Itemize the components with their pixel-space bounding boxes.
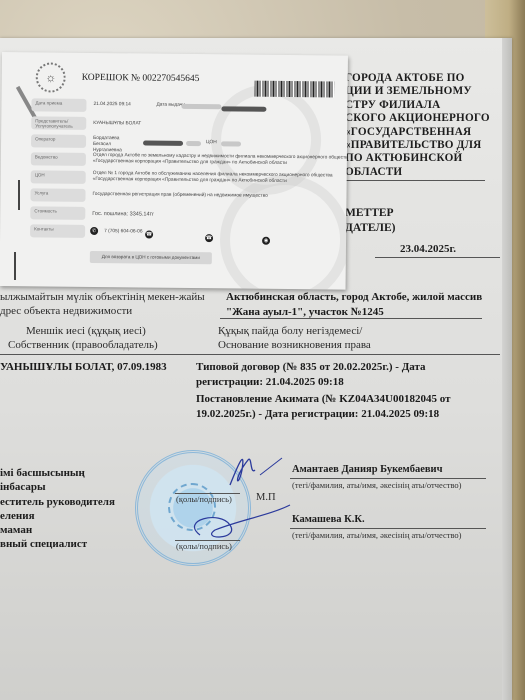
doc-title-line: МЕТТЕР <box>345 206 395 221</box>
row-extra-key: ЦОН <box>206 140 217 146</box>
owner-value: УАНЫШҰЛЫ БОЛАТ, 07.09.1983 <box>0 360 167 375</box>
org-line: ОБЛАСТИ <box>345 166 505 179</box>
row-value: Государственная регистрация прав (обреме… <box>92 192 267 200</box>
signer-2-underline <box>290 528 486 529</box>
row-key: Услуга <box>30 188 85 202</box>
watermark-ring <box>219 174 348 289</box>
instagram-icon[interactable]: ◉ <box>262 237 270 245</box>
document-date: 23.04.2025г. <box>400 243 456 255</box>
receipt-slip: ☼ КОРЕШОК № 002270545645 Дата приема 21.… <box>0 52 348 290</box>
bar-decor <box>186 141 201 146</box>
staple-mark <box>14 252 16 280</box>
basis-label-kz: Құқық пайда болу негіздемесі/ <box>218 324 362 338</box>
signature-caption-1: (қолы/подпись) <box>176 494 232 504</box>
doc-title-line: ДАТЕЛЕ) <box>345 221 395 236</box>
position-line: маман <box>0 523 115 537</box>
govcorp-logo-icon: ☼ <box>36 62 66 92</box>
bar-decor <box>181 104 221 109</box>
seal-label: М.П <box>256 491 276 505</box>
row-key: Контакты <box>30 224 85 238</box>
header-divider <box>345 180 485 181</box>
position-line: вный специалист <box>0 537 115 551</box>
address-underline <box>220 318 482 319</box>
table-divider <box>0 354 500 355</box>
basis-entry-1: Типовой договор (№ 835 от 20.02.2025г.) … <box>196 360 461 390</box>
basis-label-ru: Основание возникновения права <box>218 338 371 352</box>
row-value: Отдел города Актобе по земельному кадаст… <box>93 153 348 168</box>
organization-title: ГОРОДА АКТОБЕ ПО ЦИИ И ЗЕМЕЛЬНОМУ СТРУ Ф… <box>345 72 505 179</box>
document-title: МЕТТЕР ДАТЕЛЕ) <box>345 206 395 236</box>
staple-mark <box>18 180 20 210</box>
contact-phone[interactable]: 7 (705) 604-06-06 <box>104 229 142 235</box>
org-line: СКОГО АКЦИОНЕРНОГО <box>345 112 505 125</box>
signer-1-name: Амантаев Данияр Букембаевич <box>292 464 443 475</box>
position-line: імі басшысының <box>0 466 115 480</box>
phone-icon[interactable]: ✆ <box>90 227 98 235</box>
address-label-kz: ылжымайтын мүлік объектінің мекен-жайы <box>0 290 205 304</box>
row-key: ЦОН <box>31 170 86 184</box>
org-line: ПО АКТЮБИНСКОЙ <box>345 152 505 165</box>
signer-2-name: Камашева К.К. <box>292 514 365 525</box>
return-to-con-button[interactable]: Для возврата в ЦОН с готовыми документам… <box>90 251 212 264</box>
signer-positions: імі басшысының інбасары еститель руковод… <box>0 466 115 552</box>
bar-decor <box>221 141 241 146</box>
org-line: ЦИИ И ЗЕМЕЛЬНОМУ <box>345 85 505 98</box>
org-line: ГОРОДА АКТОБЕ ПО <box>345 72 505 85</box>
signer-2-caption: (тегі/фамилия, аты/имя, әкесінің аты/отч… <box>292 530 461 540</box>
org-line: «ГОСУДАРСТВЕННАЯ <box>345 126 505 139</box>
address-value: Актюбинская область, город Актобе, жилой… <box>226 290 486 320</box>
operator-id-redacted <box>143 140 183 145</box>
signer-1-underline <box>290 478 486 479</box>
row-value: Бордатаева Бегасил Нургалиевна <box>93 136 138 154</box>
row-key: Стоимость <box>30 206 85 220</box>
owner-label-ru: Собственник (правообладатель) <box>8 338 158 352</box>
row-key: Ведомство <box>31 152 86 166</box>
row-key: Дата приема <box>31 98 86 112</box>
row-value: Отдел № 1 города Актобе по обслуживанию … <box>93 171 348 186</box>
issue-date-redacted <box>221 106 266 111</box>
barcode <box>255 81 335 98</box>
receipt-title: КОРЕШОК № 002270545645 <box>82 73 200 84</box>
owner-label-kz: Меншік иесі (құқық иесі) <box>26 324 146 338</box>
position-line: еститель руководителя <box>0 495 115 509</box>
row-key: Оператор <box>31 134 86 148</box>
org-line: «ПРАВИТЕЛЬСТВО ДЛЯ <box>345 139 505 152</box>
org-line: СТРУ ФИЛИАЛА <box>345 99 505 112</box>
phone-icon[interactable]: ☎ <box>145 231 153 239</box>
row-value: 21.04.2025 09:14 <box>93 102 130 108</box>
row-value: КУАНЫШҰЛЫ БОЛАТ <box>93 121 141 128</box>
position-line: еления <box>0 509 115 523</box>
signer-1-caption: (тегі/фамилия, аты/имя, әкесінің аты/отч… <box>292 480 461 490</box>
phone-icon[interactable]: ☎ <box>205 234 213 242</box>
address-label-ru: дрес объекта недвижимости <box>0 304 132 318</box>
row-value: Гос. пошлина: 3345.14тг <box>92 211 154 218</box>
date-underline <box>375 257 500 258</box>
basis-entry-2: Постановление Акимата (№ KZ04A34U0018204… <box>196 392 461 422</box>
position-line: інбасары <box>0 480 115 494</box>
signature-caption-2: (қолы/подпись) <box>176 541 232 551</box>
row-key: Представитель/ Услугополучатель <box>31 116 86 130</box>
